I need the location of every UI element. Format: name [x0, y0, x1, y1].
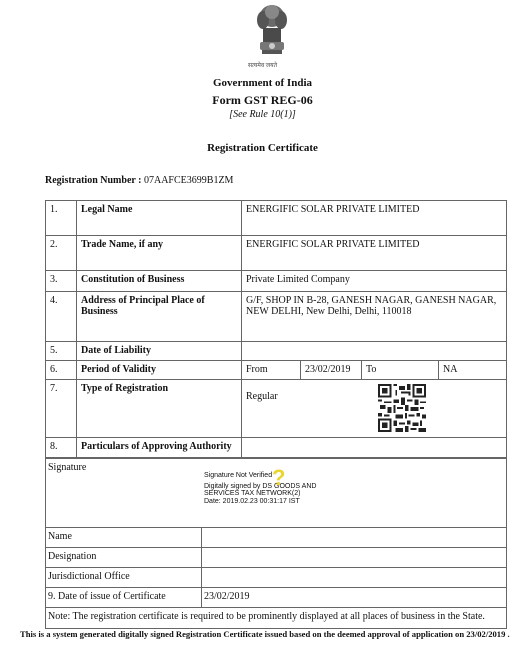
issue-date-label: 9. Date of issue of Certificate	[46, 588, 202, 608]
signature-status: Signature Not Verified	[204, 472, 316, 480]
government-title: Government of India	[0, 77, 525, 89]
authority-name-value	[202, 528, 507, 548]
row-label: Trade Name, if any	[77, 236, 242, 271]
address-value: G/F, SHOP IN B-28, GANESH NAGAR, GANESH …	[242, 292, 507, 342]
motto-text: सत्यमेव जयते	[0, 61, 525, 69]
issue-date-value: 23/02/2019	[202, 588, 507, 608]
trade-name-value: ENERGIFIC SOLAR PRIVATE LIMITED	[242, 236, 507, 271]
signature-date: Date: 2019.02.23 00:31:17 IST	[204, 498, 316, 506]
rule-reference: [See Rule 10(1)]	[0, 109, 525, 120]
row-label: Date of Liability	[77, 342, 242, 361]
date-of-liability-value	[242, 342, 507, 361]
table-row: Name	[46, 528, 507, 548]
table-row: 1. Legal Name ENERGIFIC SOLAR PRIVATE LI…	[46, 201, 507, 236]
jurisdictional-office-label: Jurisdictional Office	[46, 568, 202, 588]
row-label: Particulars of Approving Authority	[77, 438, 242, 458]
row-number: 3.	[46, 271, 77, 292]
row-number: 2.	[46, 236, 77, 271]
form-title: Form GST REG-06	[0, 93, 525, 108]
note-text: Note: The registration certificate is re…	[46, 608, 507, 629]
validity-from-label: From	[242, 361, 301, 380]
table-row: 9. Date of issue of Certificate 23/02/20…	[46, 588, 507, 608]
signature-cell: Signature Signature Not Verified Digital…	[46, 459, 507, 528]
row-label: Legal Name	[77, 201, 242, 236]
row-number: 7.	[46, 380, 77, 438]
validity-to-label: To	[362, 361, 439, 380]
digital-signature-block[interactable]: Signature Not Verified Digitally signed …	[204, 472, 316, 505]
constitution-value: Private Limited Company	[242, 271, 507, 292]
table-row: 8. Particulars of Approving Authority	[46, 438, 507, 458]
footer-statement: This is a system generated digitally sig…	[20, 629, 510, 639]
authority-table: Signature Signature Not Verified Digital…	[45, 458, 507, 629]
row-label: Address of Principal Place of Business	[77, 292, 242, 342]
row-number: 4.	[46, 292, 77, 342]
jurisdictional-office-value	[202, 568, 507, 588]
approving-authority-value	[242, 438, 507, 458]
row-label: Constitution of Business	[77, 271, 242, 292]
table-row: Jurisdictional Office	[46, 568, 507, 588]
note-row: Note: The registration certificate is re…	[46, 608, 507, 629]
question-mark-icon: ?	[272, 474, 285, 482]
registration-type-value: Regular	[246, 391, 502, 402]
table-row: Designation	[46, 548, 507, 568]
table-row: 3. Constitution of Business Private Limi…	[46, 271, 507, 292]
registration-type-cell: Regular	[242, 380, 507, 438]
row-number: 5.	[46, 342, 77, 361]
table-row: 7. Type of Registration Regular	[46, 380, 507, 438]
validity-from-value: 23/02/2019	[301, 361, 362, 380]
registration-number-value: 07AAFCE3699B1ZM	[144, 175, 233, 186]
validity-to-value: NA	[439, 361, 507, 380]
row-number: 6.	[46, 361, 77, 380]
table-row: 6. Period of Validity From 23/02/2019 To…	[46, 361, 507, 380]
registration-details-table: 1. Legal Name ENERGIFIC SOLAR PRIVATE LI…	[45, 200, 507, 458]
row-label: Type of Registration	[77, 380, 242, 438]
row-number: 8.	[46, 438, 77, 458]
legal-name-value: ENERGIFIC SOLAR PRIVATE LIMITED	[242, 201, 507, 236]
row-number: 1.	[46, 201, 77, 236]
signature-signer-name: SERVICES TAX NETWORK(2)	[204, 490, 316, 498]
signature-row: Signature Signature Not Verified Digital…	[46, 459, 507, 528]
table-row: 4. Address of Principal Place of Busines…	[46, 292, 507, 342]
signature-label: Signature	[48, 462, 86, 473]
table-row: 2. Trade Name, if any ENERGIFIC SOLAR PR…	[46, 236, 507, 271]
table-row: 5. Date of Liability	[46, 342, 507, 361]
signature-signed-by: Digitally signed by DS GOODS AND	[204, 483, 316, 491]
national-emblem-icon	[252, 2, 292, 62]
certificate-title: Registration Certificate	[0, 142, 525, 154]
authority-name-label: Name	[46, 528, 202, 548]
registration-number-label: Registration Number :	[45, 175, 141, 186]
registration-number: Registration Number : 07AAFCE3699B1ZM	[45, 175, 233, 186]
designation-label: Designation	[46, 548, 202, 568]
qr-code-icon	[378, 384, 426, 432]
designation-value	[202, 548, 507, 568]
row-label: Period of Validity	[77, 361, 242, 380]
